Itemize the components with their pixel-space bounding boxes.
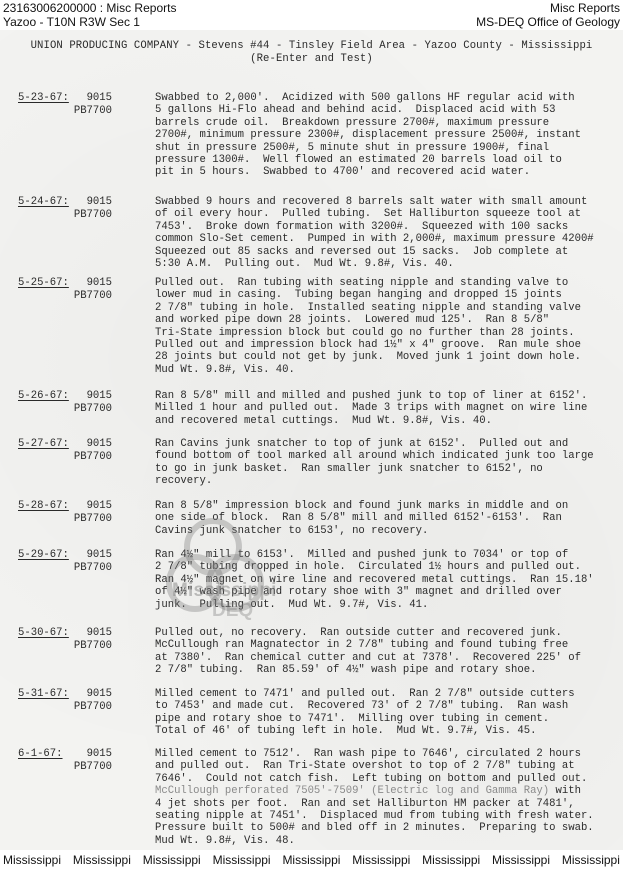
total-depth: 9015: [70, 688, 112, 701]
entry-text-part1: Milled cement to 7512'. Ran wash pipe to…: [155, 748, 587, 785]
entry-date: 5-26-67:: [18, 390, 69, 402]
total-depth: 9015: [70, 627, 112, 640]
document-id: 23163006200000 : Misc Reports: [3, 1, 176, 15]
entry-depths: 9015 PB7700: [70, 500, 112, 526]
entry-depths: 9015 PB7700: [70, 688, 112, 714]
entry-depths: 9015 PB7700: [70, 549, 112, 575]
scanned-document: UNION PRODUCING COMPANY - Stevens #44 - …: [0, 30, 623, 850]
entry-depths: 9015 PB7700: [70, 277, 112, 303]
total-depth: 9015: [70, 92, 112, 105]
footer-label: Mississippi: [422, 850, 480, 870]
header-left: 23163006200000 : Misc Reports Yazoo - T1…: [3, 1, 176, 29]
page-header: 23163006200000 : Misc Reports Yazoo - T1…: [0, 0, 623, 30]
entry-date: 5-29-67:: [18, 549, 69, 561]
plugback-depth: PB7700: [70, 403, 112, 416]
entry-text: Pulled out. Ran tubing with seating nipp…: [155, 277, 623, 376]
plugback-depth: PB7700: [70, 761, 112, 774]
entry-text-part2: 4 jet shots per foot. Ran and set Hallib…: [155, 798, 594, 847]
footer-label: Mississippi: [3, 850, 61, 870]
document-title: UNION PRODUCING COMPANY - Stevens #44 - …: [0, 40, 623, 53]
total-depth: 9015: [70, 438, 112, 451]
watermark-text: Mississippi: [172, 580, 277, 602]
total-depth: 9015: [70, 549, 112, 562]
entry-depths: 9015 PB7700: [70, 390, 112, 416]
plugback-depth: PB7700: [70, 701, 112, 714]
footer-label: Mississippi: [562, 850, 620, 870]
entry-date: 5-28-67:: [18, 500, 69, 512]
document-subtitle: (Re-Enter and Test): [0, 53, 623, 66]
entry-depths: 9015 PB7700: [70, 196, 112, 222]
total-depth: 9015: [70, 390, 112, 403]
watermark-subtext: DEQ: [212, 600, 253, 622]
total-depth: 9015: [70, 500, 112, 513]
plugback-depth: PB7700: [70, 290, 112, 303]
report-type: Misc Reports: [476, 1, 620, 15]
total-depth: 9015: [70, 748, 112, 761]
entry-depths: 9015 PB7700: [70, 92, 112, 118]
plugback-depth: PB7700: [70, 451, 112, 464]
entry-text: Ran 8 5/8" impression block and found ju…: [155, 500, 623, 537]
total-depth: 9015: [70, 277, 112, 290]
footer-label: Mississippi: [492, 850, 550, 870]
entry-text-faint: McCullough perforated 7505'-7509' (Elect…: [155, 785, 549, 797]
footer-label: Mississippi: [352, 850, 410, 870]
entry-depths: 9015 PB7700: [70, 627, 112, 653]
entry-date: 5-31-67:: [18, 688, 69, 700]
entry-text-continuation: with: [549, 785, 581, 797]
plugback-depth: PB7700: [70, 513, 112, 526]
agency-name: MS-DEQ Office of Geology: [476, 15, 620, 29]
entry-depths: 9015 PB7700: [70, 438, 112, 464]
entry-depths: 9015 PB7700: [70, 748, 112, 774]
plugback-depth: PB7700: [70, 640, 112, 653]
entry-date: 5-30-67:: [18, 627, 69, 639]
entry-date: 5-23-67:: [18, 92, 69, 104]
footer-label: Mississippi: [213, 850, 271, 870]
entry-text: Swabbed to 2,000'. Acidized with 500 gal…: [155, 92, 623, 179]
entry-text: Swabbed 9 hours and recovered 8 barrels …: [155, 196, 623, 270]
footer-label: Mississippi: [282, 850, 340, 870]
entry-text: Pulled out, no recovery. Ran outside cut…: [155, 627, 623, 677]
plugback-depth: PB7700: [70, 209, 112, 222]
entry-text: Milled cement to 7471' and pulled out. R…: [155, 688, 623, 738]
footer-label: Mississippi: [143, 850, 201, 870]
entry-text: Milled cement to 7512'. Ran wash pipe to…: [155, 748, 623, 847]
footer-label: Mississippi: [73, 850, 131, 870]
entry-date: 6-1-67:: [18, 748, 63, 760]
location: Yazoo - T10N R3W Sec 1: [3, 15, 176, 29]
entry-date: 5-25-67:: [18, 277, 69, 289]
page-footer: Mississippi Mississippi Mississippi Miss…: [0, 850, 623, 870]
total-depth: 9015: [70, 196, 112, 209]
entry-date: 5-24-67:: [18, 196, 69, 208]
entry-text: Ran 8 5/8" mill and milled and pushed ju…: [155, 390, 623, 427]
plugback-depth: PB7700: [70, 562, 112, 575]
header-right: Misc Reports MS-DEQ Office of Geology: [476, 1, 620, 29]
entry-date: 5-27-67:: [18, 438, 69, 450]
entry-text: Ran Cavins junk snatcher to top of junk …: [155, 438, 623, 488]
plugback-depth: PB7700: [70, 105, 112, 118]
